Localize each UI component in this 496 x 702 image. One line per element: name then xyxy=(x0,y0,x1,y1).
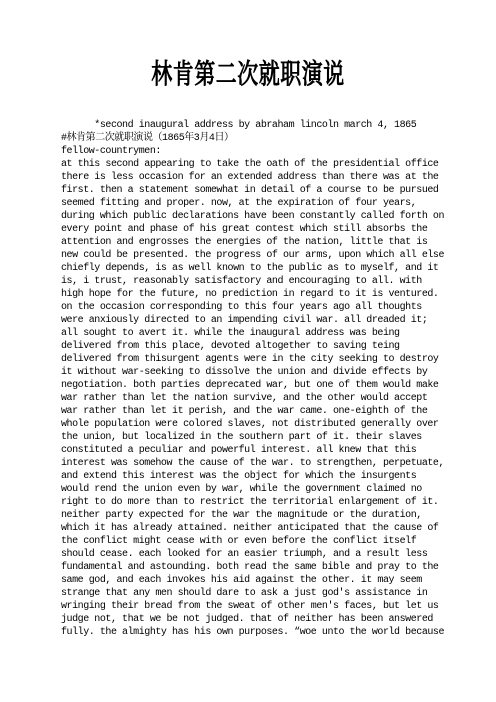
text-line: on the occasion corresponding to this fo… xyxy=(61,301,461,314)
text-line: chiefly depends, is as well known to the… xyxy=(61,262,461,275)
text-line: constituted a peculiar and powerful inte… xyxy=(61,444,461,457)
text-line: delivered from thisurgent agents were in… xyxy=(61,353,461,366)
text-line: at this second appearing to take the oat… xyxy=(61,158,461,171)
text-line: same god, and each invokes his aid again… xyxy=(61,574,461,587)
text-line: right to do more than to restrict the te… xyxy=(61,496,461,509)
text-line: the union, but localized in the southern… xyxy=(61,431,461,444)
text-line: is, i trust, reasonably satisfactory and… xyxy=(61,275,461,288)
text-line: judge not, that we be not judged. that o… xyxy=(61,613,461,626)
text-line: #林肯第二次就职演说（1865年3月4日） xyxy=(61,132,461,145)
text-line: the conflict might cease with or even be… xyxy=(61,535,461,548)
text-line: should cease. each looked for an easier … xyxy=(61,548,461,561)
text-line: negotiation. both parties deprecated war… xyxy=(61,379,461,392)
text-line: were anxiously directed to an impending … xyxy=(61,314,461,327)
text-line: delivered from this place, devoted altog… xyxy=(61,340,461,353)
document-page: 林肯第二次就职演说 *second inaugural address by a… xyxy=(0,0,496,702)
text-line: would rend the union even by war, while … xyxy=(61,483,461,496)
text-line: war rather than let it perish, and the w… xyxy=(61,405,461,418)
text-line: every point and phase of his great conte… xyxy=(61,223,461,236)
document-body: *second inaugural address by abraham lin… xyxy=(61,119,461,639)
text-line: fundamental and astounding. both read th… xyxy=(61,561,461,574)
text-line: attention and engrosses the energies of … xyxy=(61,236,461,249)
text-line: and extend this interest was the object … xyxy=(61,470,461,483)
text-line: during which public declarations have be… xyxy=(61,210,461,223)
text-line: strange that any men should dare to ask … xyxy=(61,587,461,600)
text-line: which it has already attained. neither a… xyxy=(61,522,461,535)
text-line: *second inaugural address by abraham lin… xyxy=(61,119,461,132)
text-line: interest was somehow the cause of the wa… xyxy=(61,457,461,470)
text-line: new could be presented. the progress of … xyxy=(61,249,461,262)
text-line: fellow-countrymen: xyxy=(61,145,461,158)
text-line: wringing their bread from the sweat of o… xyxy=(61,600,461,613)
text-line: seemed fitting and proper. now, at the e… xyxy=(61,197,461,210)
text-line: war rather than let the nation survive, … xyxy=(61,392,461,405)
text-line: fully. the almighty has his own purposes… xyxy=(61,626,461,639)
text-line: there is less occasion for an extended a… xyxy=(61,171,461,184)
text-line: first. then a statement somewhat in deta… xyxy=(61,184,461,197)
text-line: all sought to avert it. while the inaugu… xyxy=(61,327,461,340)
text-line: high hope for the future, no prediction … xyxy=(61,288,461,301)
document-title: 林肯第二次就职演说 xyxy=(0,53,496,92)
text-line: whole population were colored slaves, no… xyxy=(61,418,461,431)
text-line: it without war-seeking to dissolve the u… xyxy=(61,366,461,379)
text-line: neither party expected for the war the m… xyxy=(61,509,461,522)
